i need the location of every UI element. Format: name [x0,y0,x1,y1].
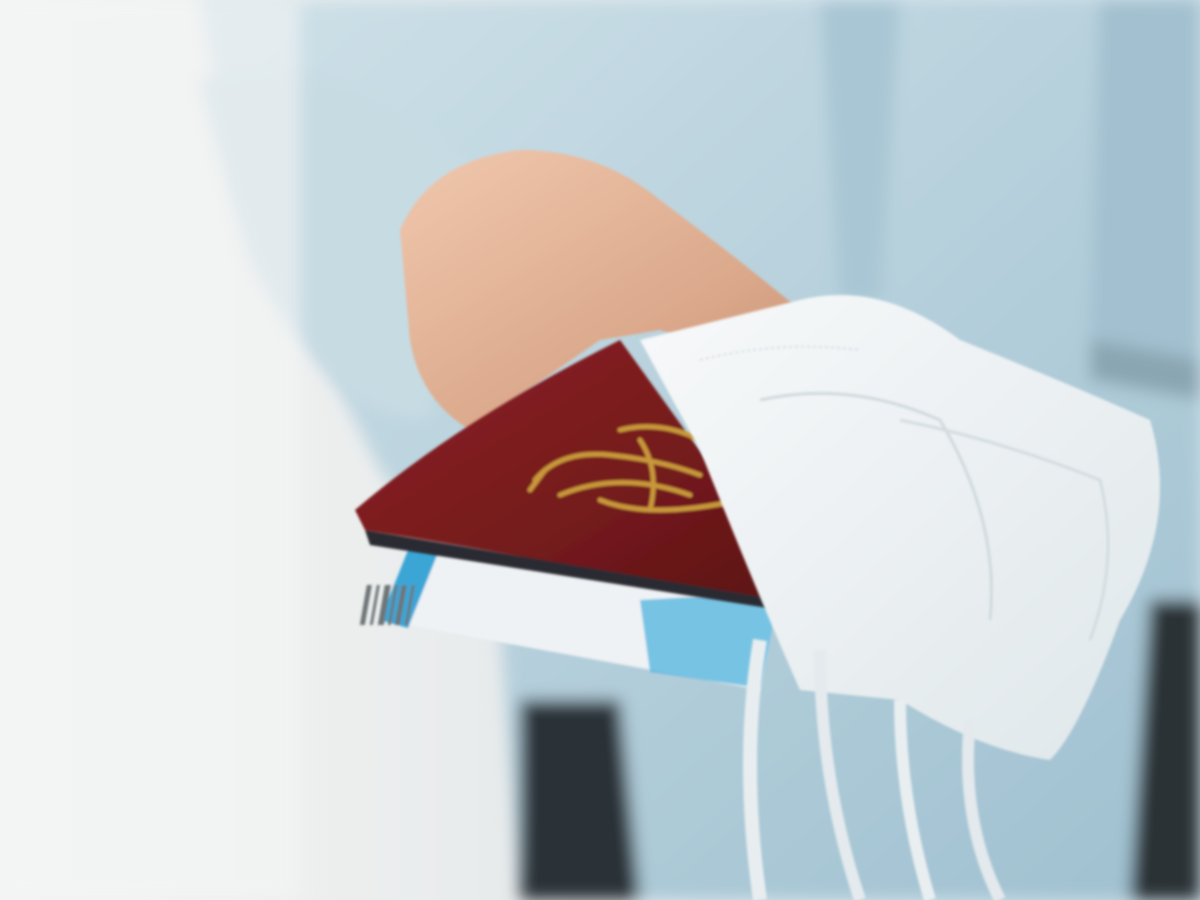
photo-illustration [0,0,1200,900]
photo-scene [0,0,1200,900]
